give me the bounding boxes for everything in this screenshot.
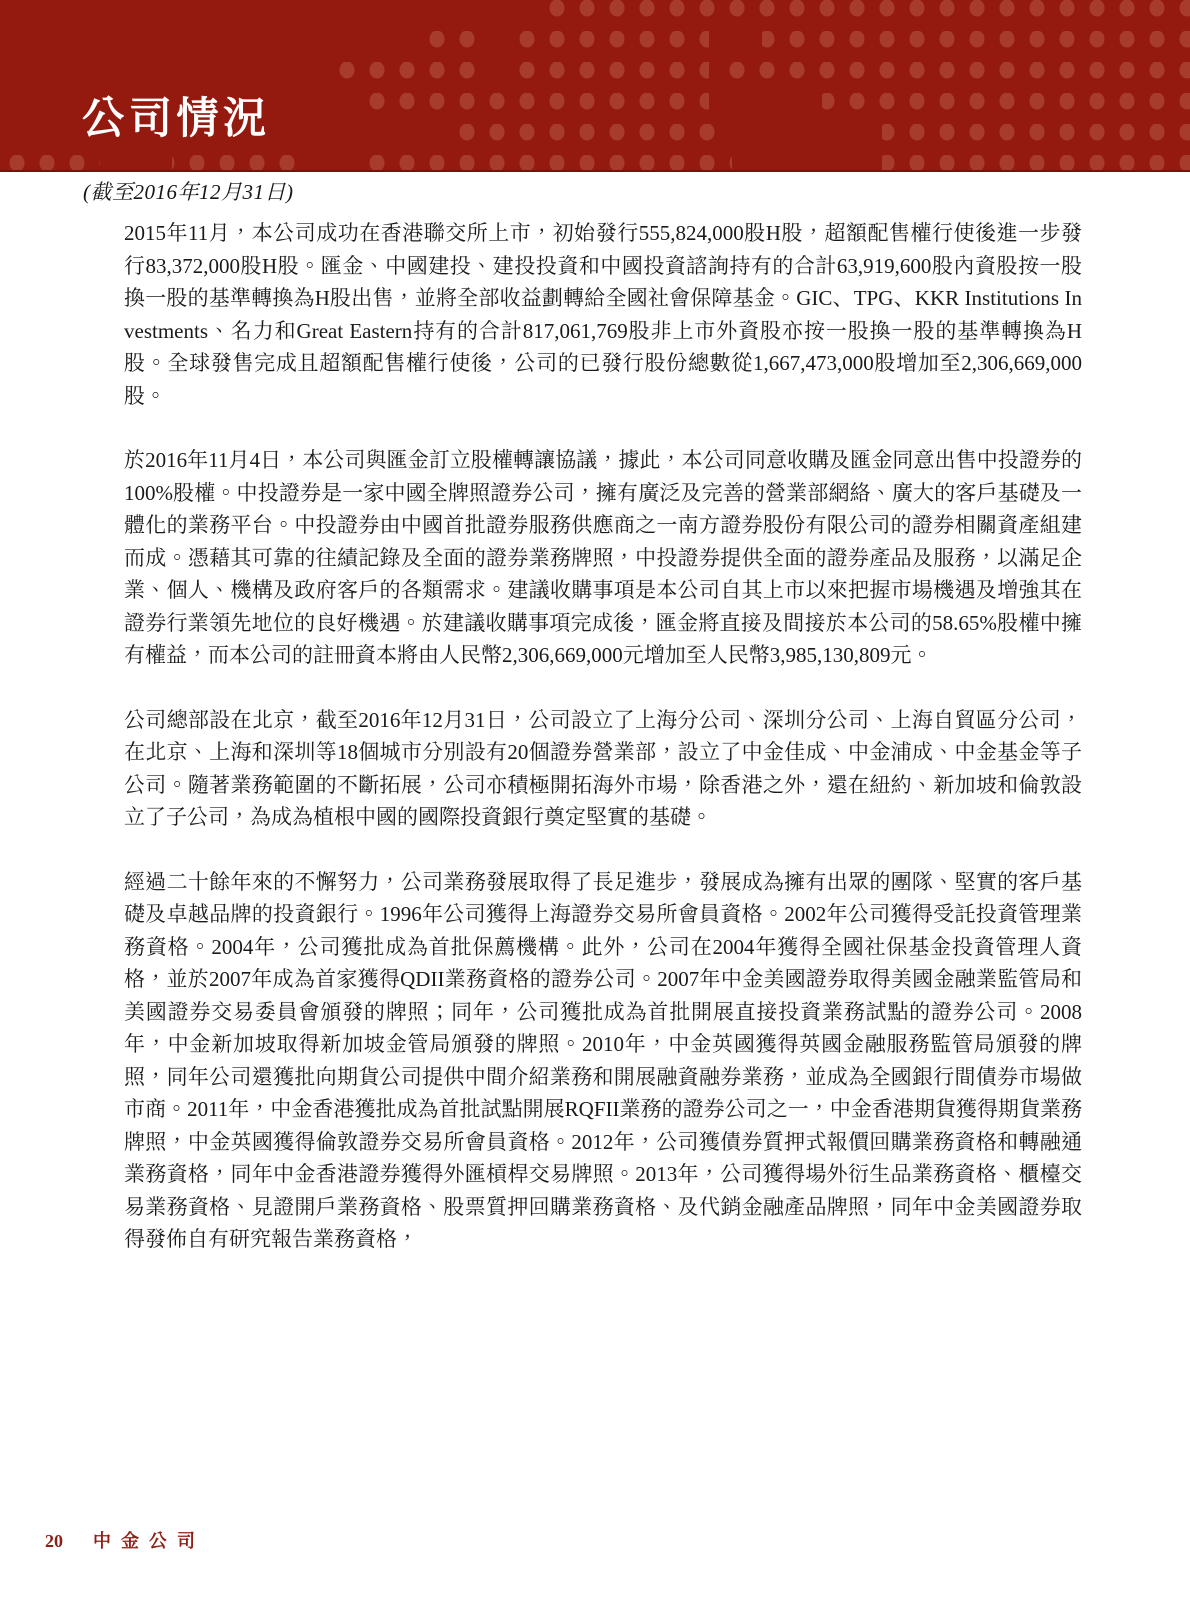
body-paragraph-history: 經過二十餘年來的不懈努力，公司業務發展取得了長足進步，發展成為擁有出眾的團隊、堅… <box>124 866 1082 1256</box>
body-paragraph-acquisition: 於2016年11月4日，本公司與匯金訂立股權轉讓協議，據此，本公司同意收購及匯金… <box>124 444 1082 672</box>
page-title: 公司情況 <box>82 94 270 146</box>
body-paragraph-offices: 公司總部設在北京，截至2016年12月31日，公司設立了上海分公司、深圳分公司、… <box>124 704 1082 834</box>
footer-company-name: 中金公司 <box>93 1531 205 1551</box>
body-paragraph-ipo: 2015年11月，本公司成功在香港聯交所上市，初始發行555,824,000股H… <box>124 217 1082 412</box>
header-band <box>0 0 1190 172</box>
body-text: 2015年11月，本公司成功在香港聯交所上市，初始發行555,824,000股H… <box>124 217 1082 1288</box>
page-number: 20 <box>45 1531 63 1551</box>
report-page: 公司情況 (截至2016年12月31日) 2015年11月，本公司成功在香港聯交… <box>0 0 1190 1615</box>
page-subtitle-date: (截至2016年12月31日) <box>83 176 294 206</box>
header-dot-pattern <box>0 0 1190 172</box>
page-footer: 20中金公司 <box>45 1527 205 1553</box>
